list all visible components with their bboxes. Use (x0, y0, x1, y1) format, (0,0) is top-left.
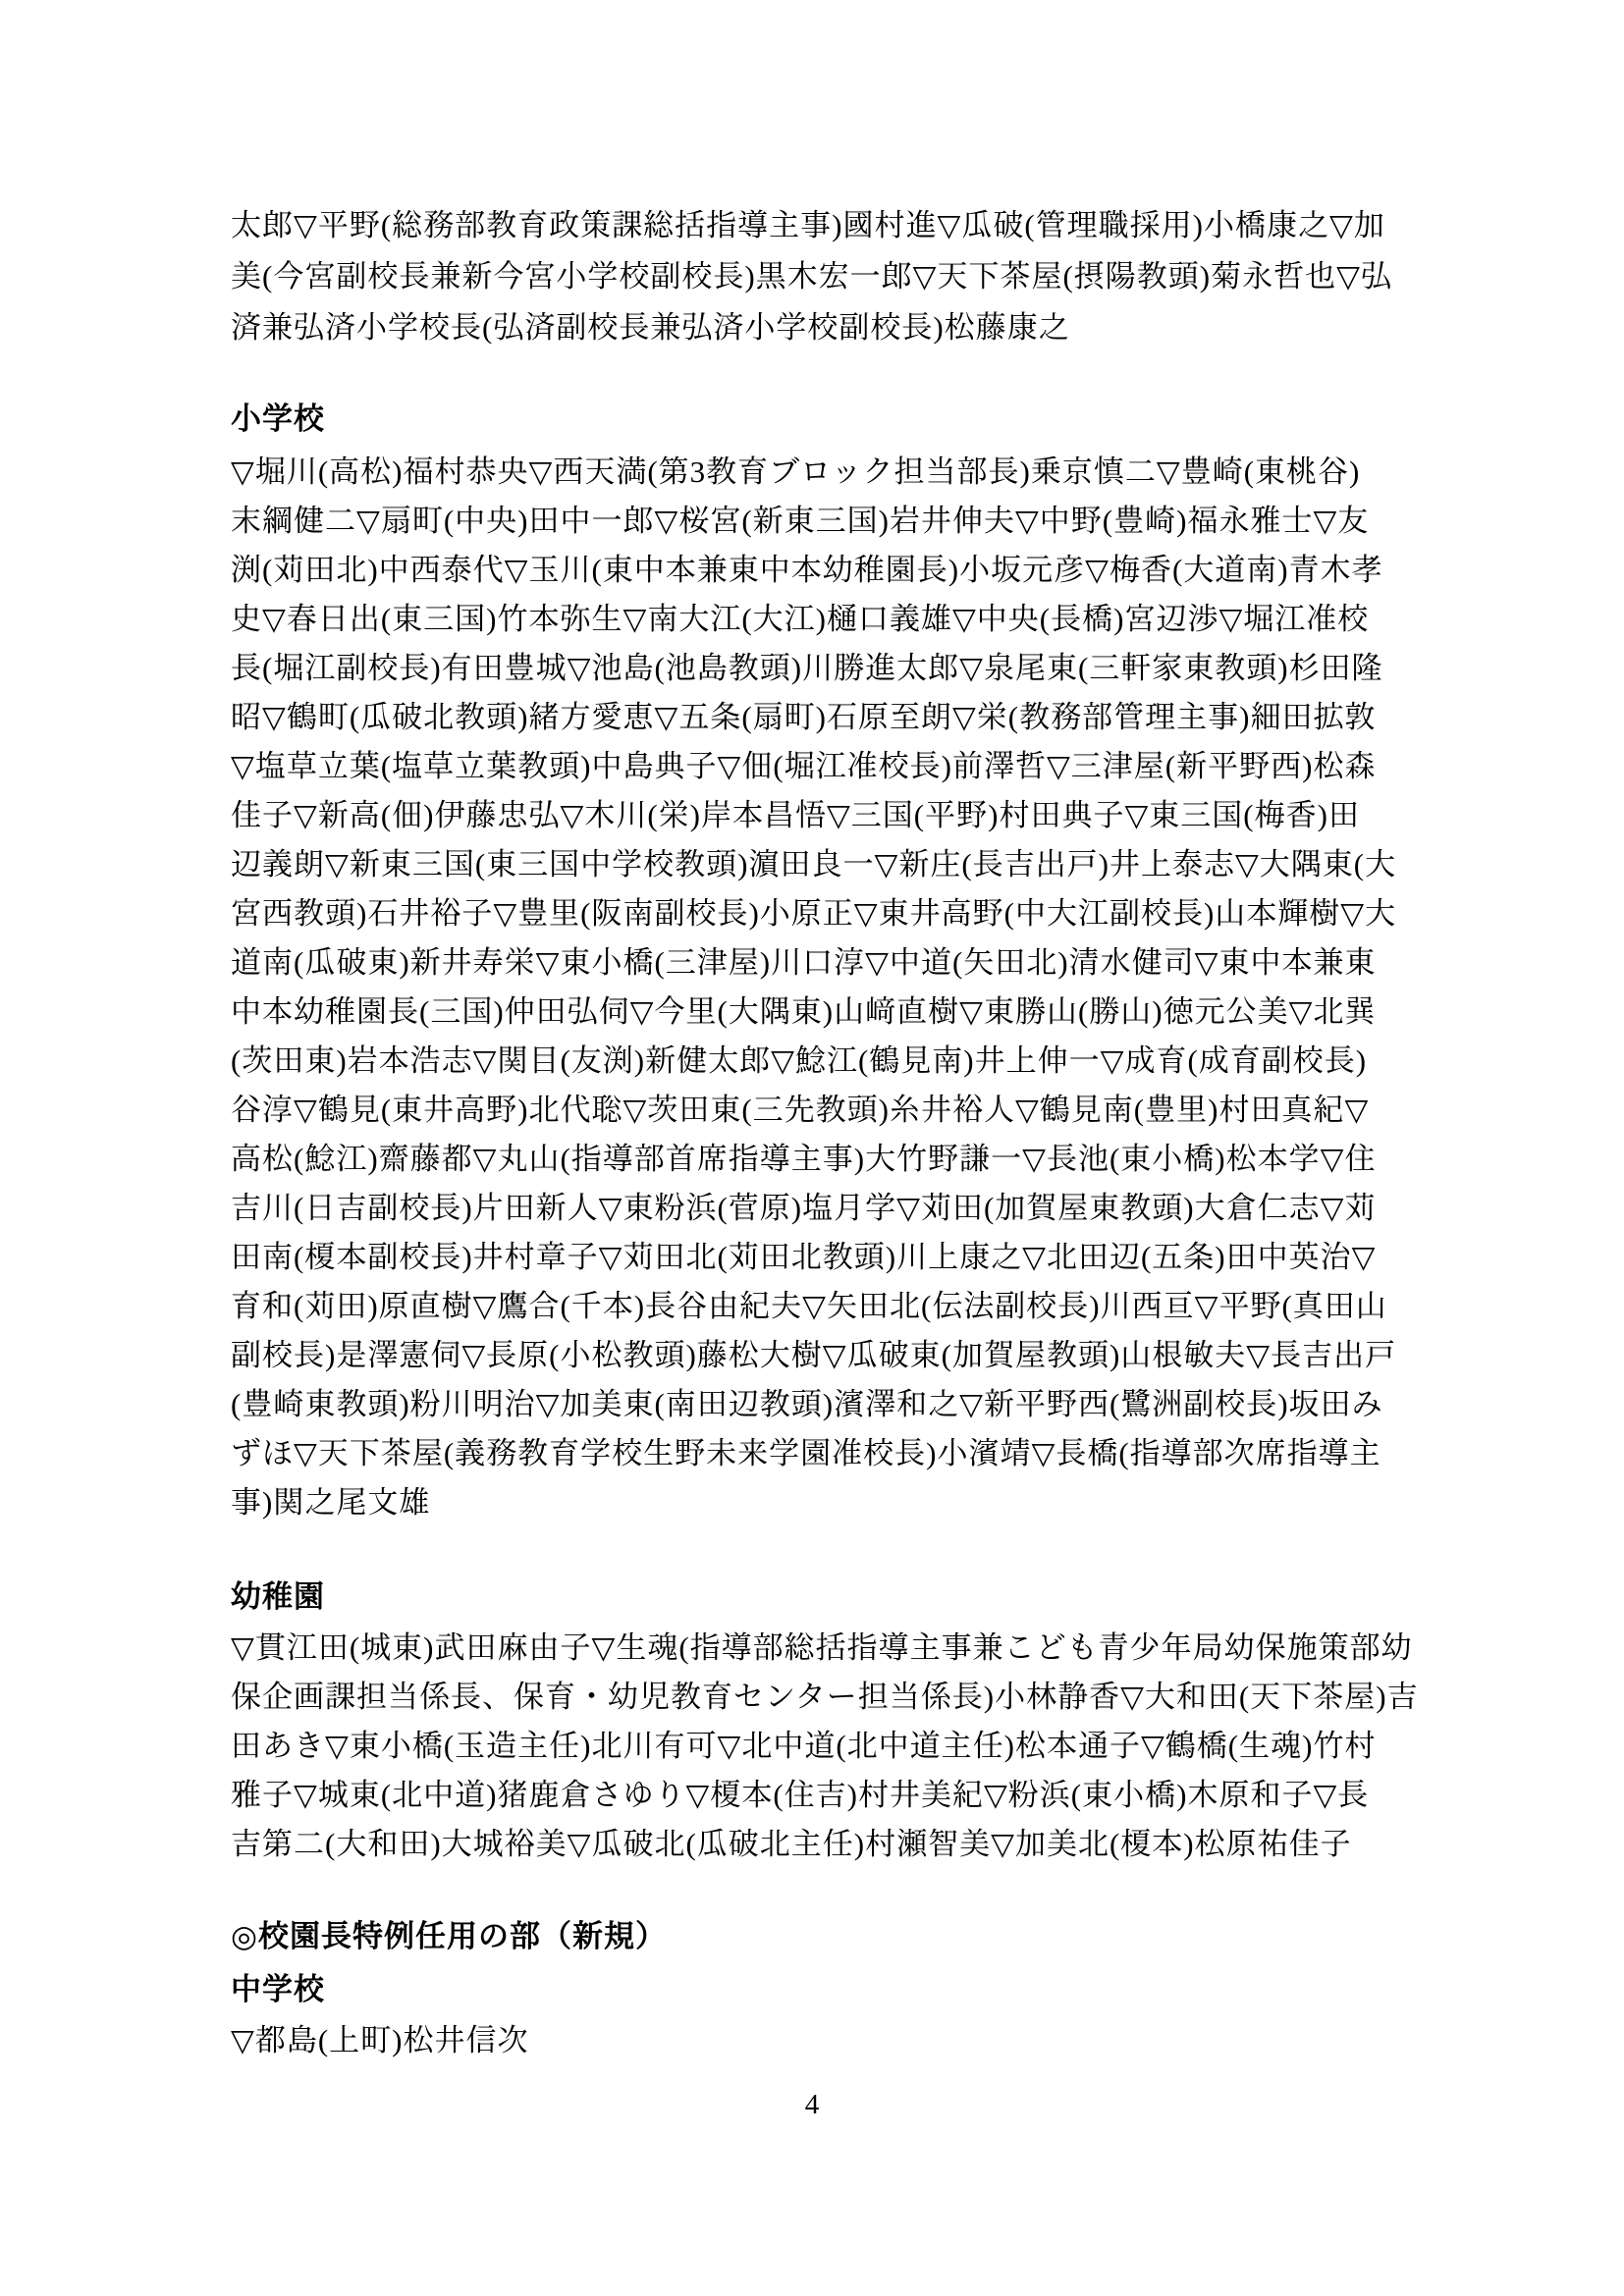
text-line: 保企画課担当係長、保育・幼児教育センター担当係長)小林静香▽大和田(天下茶屋)吉 (231, 1673, 1419, 1722)
text-line: 谷淳▽鶴見(東井高野)北代聡▽茨田東(三先教頭)糸井裕人▽鶴見南(豊里)村田真紀… (231, 1086, 1419, 1135)
text-line: 田あき▽東小橋(玉造主任)北川有可▽北中道(北中道主任)松本通子▽鶴橋(生魂)竹… (231, 1722, 1419, 1771)
junior-high-list: ▽都島(上町)松井信次 (231, 2016, 1419, 2065)
text-line: 高松(鯰江)齋藤都▽丸山(指導部首席指導主事)大竹野謙一▽長池(東小橋)松本学▽… (231, 1135, 1419, 1184)
text-line: 道南(瓜破東)新井寿栄▽東小橋(三津屋)川口淳▽中道(矢田北)清水健司▽東中本兼… (231, 938, 1419, 988)
section-heading-junior-high: 中学校 (231, 1967, 325, 2012)
text-line: (茨田東)岩本浩志▽関目(友渕)新健太郎▽鯰江(鶴見南)井上伸一▽成育(成育副校… (231, 1037, 1419, 1086)
text-line: ▽貫江田(城東)武田麻由子▽生魂(指導部総括指導主事兼こども青少年局幼保施策部幼 (231, 1624, 1419, 1673)
text-line: 長(堀江副校長)有田豊城▽池島(池島教頭)川勝進太郎▽泉尾東(三軒家東教頭)杉田… (231, 644, 1419, 693)
text-line: 史▽春日出(東三国)竹本弥生▽南大江(大江)樋口義雄▽中央(長橋)宮辺渉▽堀江准… (231, 595, 1419, 644)
text-line: 美(今宮副校長兼新今宮小学校副校長)黒木宏一郎▽天下茶屋(摂陽教頭)菊永哲也▽弘 (231, 251, 1419, 302)
section-heading-kindergarten: 幼稚園 (231, 1575, 325, 1620)
text-line: ▽堀川(高松)福村恭央▽西天満(第3教育ブロック担当部長)乗京慎二▽豊崎(東桃谷… (231, 448, 1419, 497)
text-line: 副校長)是澤憲伺▽長原(小松教頭)藤松大樹▽瓜破東(加賀屋教頭)山根敏夫▽長吉出… (231, 1331, 1419, 1380)
section-heading-elementary: 小学校 (231, 397, 325, 442)
text-line: 吉第二(大和田)大城裕美▽瓜破北(瓜破北主任)村瀬智美▽加美北(榎本)松原祐佳子 (231, 1820, 1419, 1869)
document-page: 太郎▽平野(総務部教育政策課総括指導主事)國村進▽瓜破(管理職採用)小橋康之▽加… (0, 0, 1624, 2296)
text-line: 太郎▽平野(総務部教育政策課総括指導主事)國村進▽瓜破(管理職採用)小橋康之▽加 (231, 200, 1419, 251)
text-line: 渕(苅田北)中西泰代▽玉川(東中本兼東中本幼稚園長)小坂元彦▽梅香(大道南)青木… (231, 546, 1419, 595)
text-line: 佳子▽新高(佃)伊藤忠弘▽木川(栄)岸本昌悟▽三国(平野)村田典子▽東三国(梅香… (231, 791, 1419, 840)
text-line: 吉川(日吉副校長)片田新人▽東粉浜(菅原)塩月学▽苅田(加賀屋東教頭)大倉仁志▽… (231, 1184, 1419, 1233)
text-line: ▽都島(上町)松井信次 (231, 2016, 1419, 2065)
page-number: 4 (0, 2089, 1624, 2121)
text-line: 田南(榎本副校長)井村章子▽苅田北(苅田北教頭)川上康之▽北田辺(五条)田中英治… (231, 1233, 1419, 1282)
text-line: 昭▽鶴町(瓜破北教頭)緒方愛恵▽五条(扇町)石原至朗▽栄(教務部管理主事)細田拡… (231, 693, 1419, 742)
text-line: (豊崎東教頭)粉川明治▽加美東(南田辺教頭)濱澤和之▽新平野西(鷺洲副校長)坂田… (231, 1380, 1419, 1429)
text-line: 事)関之尾文雄 (231, 1478, 1419, 1527)
text-line: 宮西教頭)石井裕子▽豊里(阪南副校長)小原正▽東井高野(中大江副校長)山本輝樹▽… (231, 889, 1419, 938)
text-line: 雅子▽城東(北中道)猪鹿倉さゆり▽榎本(住吉)村井美紀▽粉浜(東小橋)木原和子▽… (231, 1771, 1419, 1820)
text-line: 済兼弘済小学校長(弘済副校長兼弘済小学校副校長)松藤康之 (231, 302, 1419, 353)
text-line: 中本幼稚園長(三国)仲田弘伺▽今里(大隅東)山﨑直樹▽東勝山(勝山)徳元公美▽北… (231, 988, 1419, 1037)
text-line: 育和(苅田)原直樹▽鷹合(千本)長谷由紀夫▽矢田北(伝法副校長)川西亘▽平野(真… (231, 1282, 1419, 1331)
continuation-paragraph: 太郎▽平野(総務部教育政策課総括指導主事)國村進▽瓜破(管理職採用)小橋康之▽加… (231, 200, 1419, 353)
kindergarten-list: ▽貫江田(城東)武田麻由子▽生魂(指導部総括指導主事兼こども青少年局幼保施策部幼… (231, 1624, 1419, 1869)
text-line: ずほ▽天下茶屋(義務教育学校生野未来学園准校長)小濱靖▽長橋(指導部次席指導主 (231, 1429, 1419, 1478)
text-line: 辺義朗▽新東三国(東三国中学校教頭)濵田良一▽新庄(長吉出戸)井上泰志▽大隅東(… (231, 840, 1419, 889)
text-line: ▽塩草立葉(塩草立葉教頭)中島典子▽佃(堀江准校長)前澤哲▽三津屋(新平野西)松… (231, 742, 1419, 791)
elementary-school-list: ▽堀川(高松)福村恭央▽西天満(第3教育ブロック担当部長)乗京慎二▽豊崎(東桃谷… (231, 448, 1419, 1527)
text-line: 末綱健二▽扇町(中央)田中一郎▽桜宮(新東三国)岩井伸夫▽中野(豊崎)福永雅士▽… (231, 497, 1419, 546)
section-heading-special-appointment: ◎校園長特例任用の部（新規） (231, 1914, 667, 1959)
